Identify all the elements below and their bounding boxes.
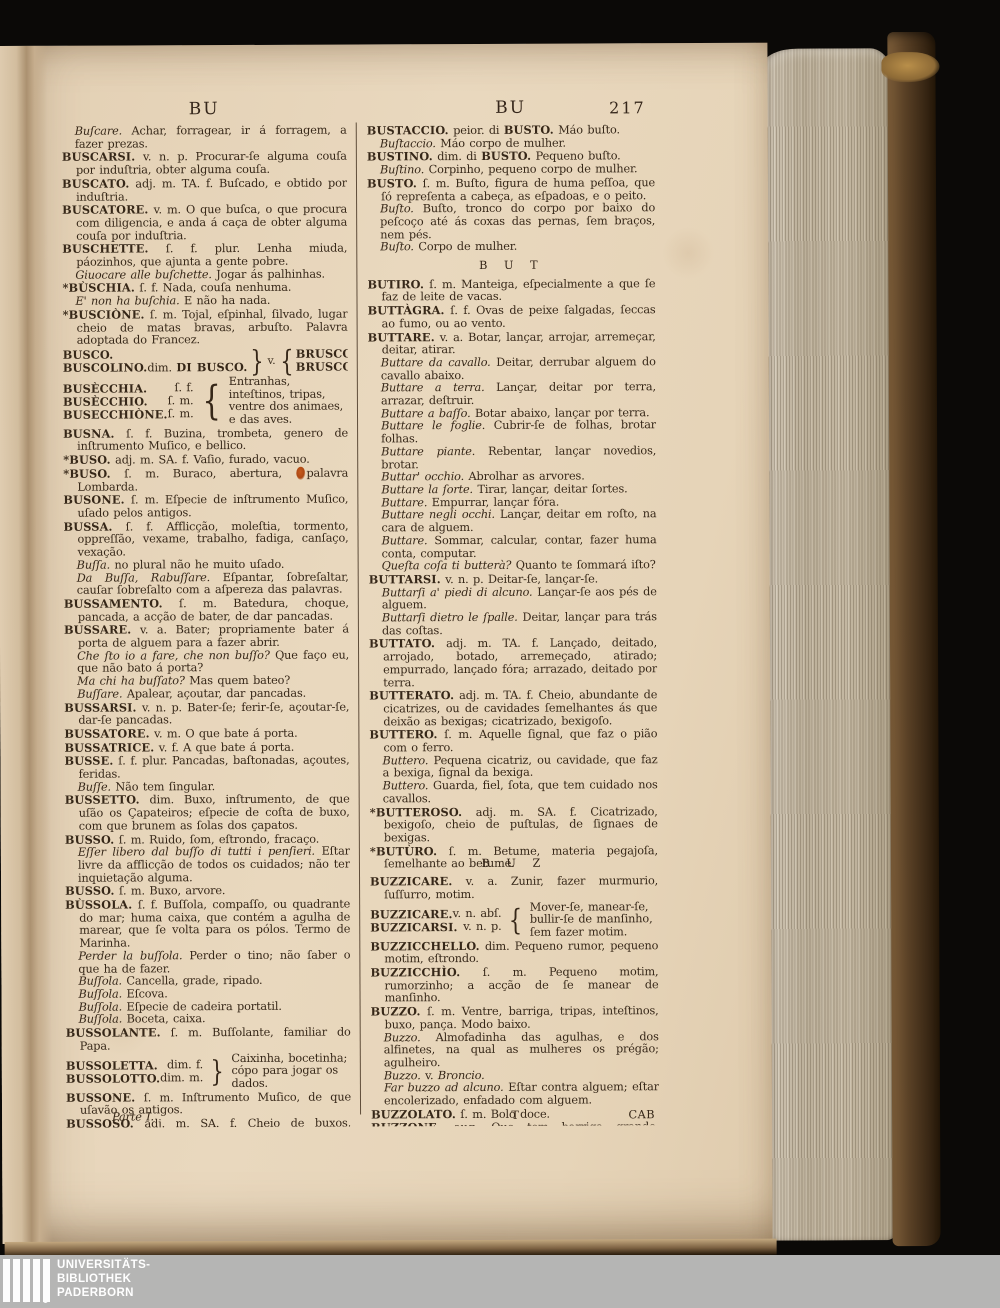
text-segment: dim. di (433, 150, 481, 163)
text-segment: ſ. m. Buraco, abertura, (111, 467, 296, 481)
headword-line: BUZZICARSI.v. n. p. (370, 920, 506, 933)
book-fore-edge-pages (763, 48, 896, 1241)
text-segment: BUSSARSI. (64, 700, 136, 714)
text-segment: Buſſola. (79, 1013, 123, 1026)
referenced-word-line: BRUSCOLINO. (296, 361, 351, 375)
text-segment: Máo buſto. (554, 123, 620, 136)
dictionary-entry: BUTIRO. ſ. m. Manteiga, eſpecialmente a … (367, 277, 655, 305)
text-segment: BUZZICARSI. (370, 921, 457, 934)
dictionary-entry: *BUSO. ſ. m. Buraco, abertura, palavra L… (63, 466, 348, 494)
text-segment: *BUSO. (63, 453, 111, 467)
text-segment: Buttare negli occhi. (381, 508, 494, 521)
brace-group-headwords: BUSSOLETTA.dim. f.BUSSOLOTTO.dim. m. (66, 1059, 208, 1085)
headword-line: BUSCOLINO.dim. DI BUSCO. (63, 361, 248, 376)
text-segment: Buſſola. (79, 1000, 123, 1013)
dictionary-entry: BUSCATO. adj. m. TA. f. Buſcado, e obtid… (62, 176, 347, 204)
dictionary-entry: BUSCATORE. v. m. O que buſca, o que proc… (62, 203, 347, 243)
brace-group-headwords: BUSÈCCHIA.ſ. f.BUSÈCCHIO.ſ. m.BUSECCHIÒN… (63, 382, 199, 421)
text-segment: BUZZICCHÌO. (370, 965, 460, 979)
cross-reference-brace-group: BUSCO.BUSCOLINO.dim. DI BUSCO.}v.{BRUSCO… (63, 346, 348, 376)
signature-line: TCAB (371, 1109, 659, 1124)
text-segment: BUSONE. (63, 493, 124, 507)
text-segment: *BUSCIÒNE. (63, 307, 145, 321)
library-name-line: UNIVERSITÄTS- (57, 1259, 150, 1273)
dictionary-entry: BUTTERATO. adj. m. TA. f. Cheio, abundan… (369, 688, 657, 728)
idiom-sub-entry: Buttare piante. Rebentar, lançar novedio… (368, 445, 656, 472)
text-segment: E não ha nada. (180, 294, 271, 307)
text-segment: v. n. p. Deitar-ſe, lançar-ſe. (441, 572, 598, 586)
idiom-sub-entry: Buttare. Sommar, calcular, contar, fazer… (369, 534, 657, 561)
text-segment: ſ. f. Nada, couſa nenhuma. (135, 281, 291, 295)
dictionary-entry: BUSSOLANTE. ſ. m. Buſſolante, familiar d… (66, 1026, 351, 1054)
text-segment: BUSSATORE. (64, 726, 149, 740)
text-segment: ſ. m. Buxo, arvore. (115, 884, 226, 897)
dictionary-entry: BUZZICCHELLO. dim. Pequeno rumor, pequen… (370, 939, 658, 967)
dictionary-entry: BUZZICCHÌO. ſ. m. Pequeno motim, rumorzi… (370, 965, 658, 1005)
dictionary-entry: BÙSSOLA. ſ. f. Buſſola, compaſſo, ou qua… (65, 898, 350, 951)
text-segment: ſ. f. Afflicção, moleſtia, tormento, opp… (78, 519, 349, 559)
text-segment: BRUSCOLO. (296, 346, 351, 360)
shared-definition: Mover-ſe, manear-ſe, bullir-ſe de manſin… (525, 901, 659, 940)
idiom-sub-entry: Buttarſi dietro le ſpalle. Deitar, lança… (369, 611, 657, 638)
text-segment: BUSTINO. (367, 150, 433, 164)
text-segment: BUTIRO. (367, 277, 424, 291)
brace-group-headwords: BUZZICARE.v. n. abſ.BUZZICARSI.v. n. p. (370, 908, 506, 934)
idiom-sub-entry: Buttero. Pequena cicatriz, ou cavidade, … (369, 754, 657, 781)
logo-bar (43, 1259, 50, 1302)
text-segment: Corpinho, pequeno corpo de mulher. (424, 162, 637, 176)
text-segment: v. n. abſ. (453, 908, 502, 921)
logo-bar (33, 1259, 40, 1302)
text-segment: BUSSOLOTTO. (66, 1072, 160, 1085)
page-number: 217 (598, 98, 646, 117)
text-segment: E' non ha buſchia. (75, 294, 179, 307)
text-segment: BUTTATO. (369, 637, 435, 651)
dictionary-entry: BUSONE. ſ. m. Eſpecie de inſtrumento Muſ… (63, 493, 348, 521)
idiom-sub-entry: Da Buſſa, Rabuſſare. Eſpantar, ſobreſalt… (64, 571, 349, 598)
dictionary-entry: BUSSETTO. dim. Buxo, inſtrumento, de que… (65, 793, 350, 833)
text-segment: Empurrar, lançar fóra. (427, 495, 559, 509)
text-segment: Buttero. (383, 779, 429, 792)
text-segment: Buttero. (382, 754, 428, 767)
dictionary-entry: BUTTERO. ſ. m. Aquelle ſignal, que faz o… (369, 728, 657, 756)
brace-group: BUSSOLETTA.dim. f.BUSSOLOTTO.dim. m.}Cai… (66, 1052, 351, 1091)
text-segment: Buſſola. (79, 988, 123, 1001)
text-segment: BUSSARE. (64, 623, 131, 637)
text-segment: dim. f. (167, 1059, 203, 1072)
logo-bar (23, 1259, 30, 1302)
idiom-sub-entry: Buzzo. Almofadinha das agulhas, e dos al… (371, 1031, 659, 1070)
dictionary-entry: *BUTTEROSO. adj. m. SA. f. Cicatrizado, … (370, 805, 658, 845)
text-segment: BUSNA. (63, 426, 115, 440)
text-segment: Giuocare alle buſchette. (75, 268, 211, 282)
text-segment: Buttare. (381, 496, 427, 509)
text-segment: Buttare le foglie. (381, 419, 485, 432)
dictionary-entry: BUSCHETTE. ſ. f. plur. Lenha miuda, páoz… (62, 242, 347, 270)
text-segment: Far buzzo ad alcuno. (384, 1081, 504, 1095)
ink-stain (296, 467, 305, 480)
idiom-sub-entry: Buttare negli occhi. Lançar, deitar em r… (368, 509, 656, 536)
dictionary-entry: BUSNA. ſ. f. Buzina, trombeta, genero de… (63, 426, 348, 454)
text-segment: BUSSOLANTE. (66, 1025, 161, 1039)
text-segment: v. n. p. (463, 920, 501, 933)
idiom-sub-entry: Buttarſi a' piedi di alcuno. Lançar-ſe a… (369, 586, 657, 613)
idiom-sub-entry: Eſſer libero dal buſſo di tutti i penſie… (65, 846, 350, 885)
text-segment: no plural não he muito uſado. (110, 558, 284, 572)
text-segment: Abrolhar as arvores. (464, 470, 585, 484)
dictionary-entry: *BUSCIÒNE. ſ. m. Tojal, eſpinhal, ſilvad… (63, 307, 348, 347)
text-segment: BUTTARSI. (369, 572, 441, 586)
dictionary-entry: BUSSATORE. v. m. O que bate á porta. (64, 726, 349, 741)
text-segment: BUSSA. (63, 519, 112, 533)
text-segment: BUSTACCIO. (367, 123, 449, 137)
text-segment: ſ. m. Buſto, figura de huma peſſoa, que … (381, 176, 655, 203)
text-segment: ſ. m. Ventre, barriga, tripas, inteſtino… (385, 1004, 659, 1031)
text-segment: BRUSCOLINO. (296, 360, 351, 374)
text-segment: BUZZICARE. (370, 874, 452, 888)
text-segment: Jogar ás palhinhas. (212, 267, 325, 280)
idiom-sub-entry: Buttero. Guarda, fiel, ſota, que tem cui… (370, 779, 658, 806)
signature-mark: T (371, 1109, 659, 1123)
text-segment: BUTTERATO. (369, 688, 454, 702)
headwords: BUSCO.BUSCOLINO.dim. DI BUSCO. (63, 348, 248, 376)
text-segment: BUSCATO. (62, 176, 129, 190)
referenced-words: BRUSCOLO.BRUSCOLINO. (296, 347, 351, 375)
library-watermark-bar: UNIVERSITÄTS- BIBLIOTHEK PADERBORN (0, 1255, 1000, 1308)
text-segment: Buttarſi a' piedi di alcuno. (382, 585, 533, 599)
text-segment: BUSSAMENTO. (64, 596, 163, 610)
text-segment: BUTTÀGRA. (368, 303, 445, 317)
text-segment: Mas quem bateo? (185, 674, 290, 687)
text-segment: Buſtaccio. (380, 137, 436, 150)
text-segment: BUSSONE. (66, 1090, 135, 1104)
dictionary-entry: BUTTARE. v. a. Botar, lançar, arrojar, a… (368, 330, 656, 358)
text-segment: Não tem ſingular. (111, 780, 215, 793)
text-segment: adj. m. SA. f. Vaſio, furado, vacuo. (111, 453, 310, 467)
text-segment: DI BUSCO. (176, 360, 247, 374)
idiom-sub-entry: Buttare da cavallo. Deitar, derrubar alg… (368, 356, 656, 383)
dictionary-entry: BUSSA. ſ. f. Afflicção, moleſtia, tormen… (63, 519, 348, 559)
text-segment: Buttare piante. (381, 445, 475, 458)
see-label: v. (268, 355, 276, 368)
page-gutter-shadow (0, 46, 53, 1244)
dictionary-entry: BUSSARSI. v. n. p. Bater-ſe; ferir-ſe, a… (64, 700, 349, 728)
headword-line: BUSECCHIÒNE.ſ. m. (63, 408, 199, 421)
book-scan-scene: BU BU 217 Buſcare. Achar, forragear, ir … (0, 0, 1000, 1308)
text-segment: BUSSATRICE. (64, 740, 154, 754)
text-segment: Buttare da cavallo. (381, 356, 491, 369)
shared-definition: Entranhas, inteſtinos, tripas, ventre do… (224, 375, 348, 426)
text-segment: BUZZO. (371, 1004, 421, 1018)
text-segment: BUSSOLETTA. (66, 1059, 158, 1072)
brace-glyph: { (509, 906, 522, 935)
text-segment: *BÙSCHIA. (62, 281, 135, 295)
running-title-left: BU (62, 99, 347, 120)
text-segment: BUSCHETTE. (62, 242, 148, 256)
text-segment: BUSSE. (64, 754, 113, 768)
dictionary-entry: BUSSO. ſ. m. Buxo, arvore. (65, 884, 350, 899)
text-segment: *BUTÙRO. (370, 844, 437, 858)
catchword: CAB (628, 1109, 655, 1122)
text-segment: BUSCO. (63, 347, 114, 361)
dictionary-entry: *BUSO. adj. m. SA. f. Vaſio, furado, vac… (63, 453, 348, 468)
text-segment: ſ. f. Buzina, trombeta, genero de inſtru… (77, 426, 348, 453)
idiom-sub-entry: Buſcare. Achar, forragear, ir á forragem… (62, 125, 347, 152)
text-segment: BUSSO. (65, 884, 115, 898)
text-segment: BUSTO. (504, 123, 554, 137)
dictionary-entry: BUZZO. ſ. m. Ventre, barriga, tripas, in… (371, 1004, 659, 1032)
signature-line: Parte I. (66, 1111, 351, 1126)
text-segment: Eſcova. (122, 987, 168, 1000)
text-segment: Eſpecie de cadeira portatil. (122, 1000, 282, 1014)
brace-group: BUZZICARE.v. n. abſ.BUZZICARSI.v. n. p.{… (370, 901, 658, 940)
text-segment: peior. di (449, 124, 504, 137)
volume-catchline: Parte I. (112, 1111, 154, 1124)
text-segment: Botar abaixo, lançar por terra. (471, 406, 650, 420)
brace-glyph: { (280, 347, 293, 376)
text-segment: BUSCARSI. (62, 150, 135, 164)
text-segment: Buſcare. (75, 125, 122, 138)
text-segment: ſ. m. (168, 395, 194, 408)
text-segment: Máo corpo de mulher. (436, 136, 566, 150)
text-segment: Almofadinha das agulhas, e dos alfinetes… (384, 1030, 659, 1070)
text-segment: BUSSETTO. (65, 793, 140, 807)
book-cover-edge (887, 32, 940, 1246)
text-segment: Buttare a baſſo. (381, 407, 471, 420)
text-segment: Buttare la ſorte. (381, 483, 473, 496)
text-segment: Ma chi ha buſſato? (77, 674, 185, 687)
dictionary-entry: BUSSE. ſ. f. plur. Pancadas, baſtonadas,… (64, 754, 349, 782)
brace-glyph: } (211, 1057, 224, 1086)
text-segment: Corpo de mulher. (414, 240, 517, 253)
idiom-sub-entry: Buſto. Buſto, tronco do corpo por baixo … (367, 202, 655, 241)
text-segment: Broncio. (438, 1069, 485, 1082)
text-segment: Buſto, tronco do corpo por baixo do peſc… (380, 201, 655, 241)
column-divider-rule (356, 122, 362, 1114)
text-segment: Buzzo. (384, 1031, 421, 1044)
library-name-line: PADERBORN (57, 1287, 150, 1301)
text-segment: dim. m. (160, 1072, 203, 1085)
text-segment: Buſto. (380, 241, 414, 254)
dictionary-entry: BUSCARSI. v. n. p. Procurar-ſe alguma co… (62, 150, 347, 178)
text-segment: BUSCATORE. (62, 203, 148, 217)
brace-group: BUSÈCCHIA.ſ. f.BUSÈCCHIO.ſ. m.BUSECCHIÒN… (63, 375, 348, 427)
text-segment: Da Buſſa, Rabuſſare. (77, 571, 210, 585)
text-segment: Buttar' occhio. (381, 470, 464, 483)
text-segment: ſ. m. (168, 408, 194, 421)
text-segment: Buſſe. (78, 780, 111, 793)
text-segment: Perder la buſſola. (78, 949, 182, 962)
text-segment: ſ. f. plur. Pancadas, baſtonadas, açoute… (79, 754, 350, 781)
dictionary-entry: BUSSAMENTO. ſ. m. Batedura, choque, panc… (64, 596, 349, 624)
text-segment: Boceta, caixa. (122, 1013, 205, 1026)
text-segment: BUSCOLINO. (63, 361, 148, 375)
text-segment: Buſſare. (77, 687, 122, 700)
dictionary-column-right: BUSTACCIO. peior. di BUSTO. Máo buſto.Bu… (367, 123, 659, 1126)
text-segment: BUSECCHIÒNE. (63, 408, 168, 421)
text-segment: BUSTO. (481, 149, 531, 163)
dictionary-entry: BUTTATO. adj. m. TA. f. Lançado, deitado… (369, 637, 657, 690)
text-segment: Queſta coſa ti butterà? (382, 559, 512, 573)
open-book: BU BU 217 Buſcare. Achar, forragear, ir … (0, 32, 945, 1254)
text-segment: Buſſa. (77, 558, 110, 571)
text-segment: *BUTTEROSO. (370, 805, 463, 819)
logo-bar (13, 1259, 20, 1302)
text-segment: BUTTERO. (369, 727, 437, 741)
text-segment: BÙSSOLA. (65, 898, 132, 912)
text-segment: Buſtino. (380, 163, 424, 176)
text-segment: Buttare. (382, 534, 428, 547)
library-name-line: BIBLIOTHEK (57, 1273, 150, 1287)
text-segment: Buttarſi dietro le ſpalle. (382, 611, 518, 625)
text-segment: BUZZICCHELLO. (370, 939, 479, 953)
text-segment: Cancella, grade, ripado. (122, 974, 263, 988)
text-segment: BUSSO. (65, 832, 115, 846)
brace-glyph: { (202, 381, 220, 421)
dictionary-entry: BUSSARE. v. a. Bater; propriamente bater… (64, 623, 349, 651)
text-segment: BUZZICARE. (370, 908, 452, 921)
idiom-sub-entry: Buttare le foglie. Cubrir-ſe de folhas, … (368, 420, 656, 447)
text-segment: Buſſola. (78, 975, 122, 988)
dictionary-entry: BUZZICARE. v. a. Zunir, fazer murmurio, … (370, 874, 658, 902)
brace-glyph: } (250, 347, 263, 376)
text-segment: dim. (147, 362, 176, 375)
library-name: UNIVERSITÄTS- BIBLIOTHEK PADERBORN (57, 1259, 150, 1300)
logo-dot (43, 1298, 48, 1303)
text-segment: Che ſto io a fare, che non buſſo? (77, 649, 270, 663)
text-segment: Buttare a terra. (381, 381, 485, 394)
shared-definition: Caixinha, bocetinha; cópo para jogar os … (226, 1052, 351, 1091)
dictionary-entry: BUSTO. ſ. m. Buſto, figura de huma peſſo… (367, 176, 655, 204)
text-segment: Buſto. (380, 202, 414, 215)
text-segment: ſ. m. Ruido, ſom, eſtrondo, fracaço. (114, 832, 319, 846)
text-segment: Pequeno buſto. (531, 150, 620, 163)
headword-line: BUSSOLOTTO.dim. m. (66, 1072, 208, 1085)
idiom-sub-entry: Far buzzo ad alcuno. Eſtar contra alguem… (371, 1082, 659, 1109)
idiom-sub-entry: Buſto. Corpo de mulher. (367, 241, 655, 255)
text-segment: BUTTARE. (368, 330, 435, 344)
idiom-sub-entry: Buttare a terra. Lançar, deitar por terr… (368, 382, 656, 409)
text-segment: BUSTO. (367, 176, 417, 190)
logo-bar (3, 1259, 10, 1302)
text-segment: *BUSO. (63, 466, 111, 480)
text-segment: Tirar, lançar, deitar ſortes. (473, 482, 628, 496)
idiom-sub-entry: Che ſto io a fare, che non buſſo? Que fa… (64, 649, 349, 676)
dictionary-column-left: Buſcare. Achar, forragear, ir á forragem… (62, 125, 351, 1128)
text-segment: Apalear, açoutar, dar pancadas. (122, 687, 306, 701)
idiom-sub-entry: Perder la buſſola. Perder o tino; não ſa… (65, 949, 350, 976)
text-segment: v. f. A que bate á porta. (154, 740, 294, 754)
book-page: BU BU 217 Buſcare. Achar, forragear, ir … (0, 43, 773, 1244)
text-segment: v. m. O que bate á porta. (150, 727, 298, 741)
text-segment: Quanto te ſommará iſto? (511, 558, 655, 572)
text-segment: v. (421, 1069, 438, 1082)
dictionary-entry: BUTTÀGRA. ſ. f. Ovas de peixe ſalgadas, … (368, 303, 656, 331)
section-heading: B U T (367, 259, 655, 273)
text-segment: Buzzo. (384, 1069, 421, 1082)
